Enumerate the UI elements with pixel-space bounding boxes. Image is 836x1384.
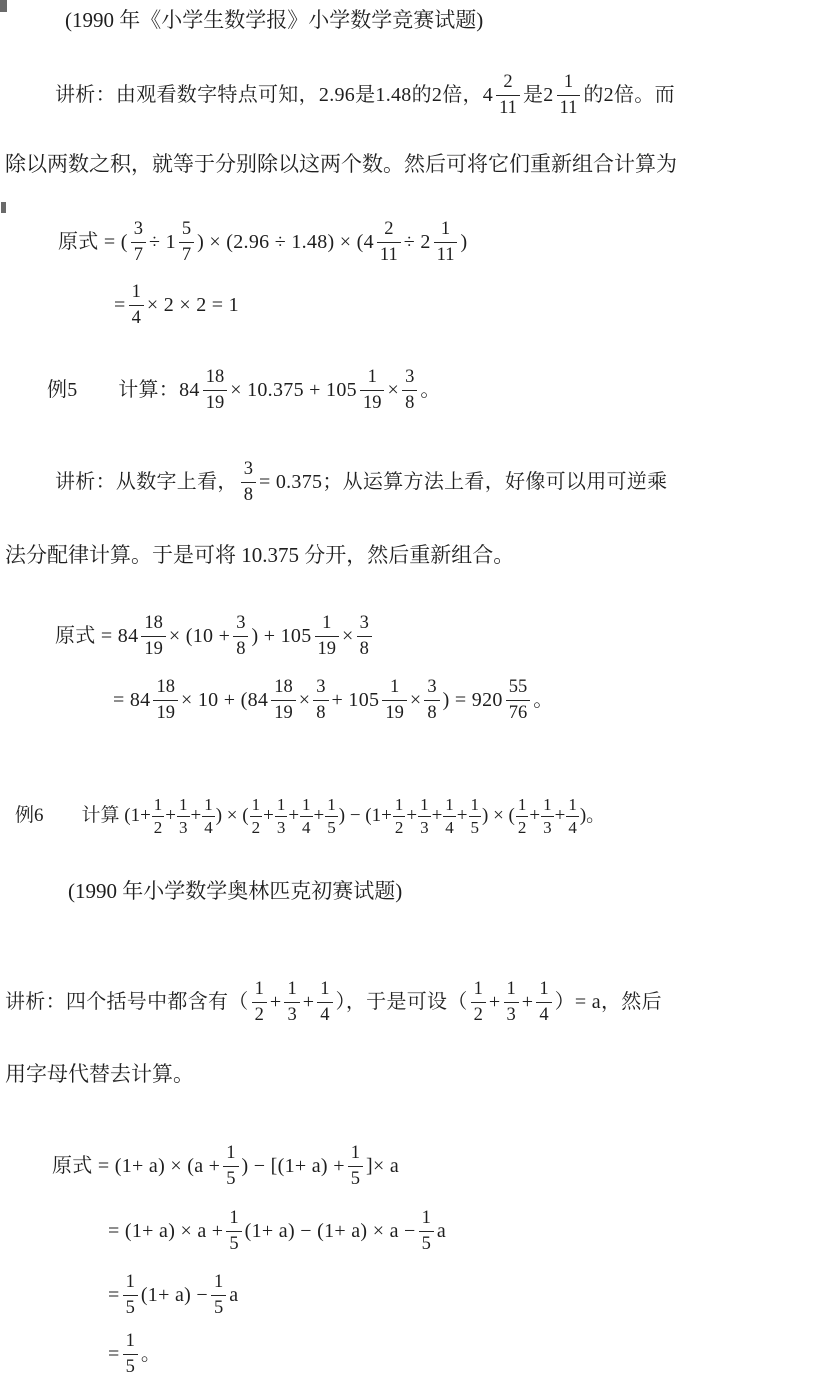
text-run: × 10.375 + 105 (230, 379, 357, 402)
text-run: ）= a，然后 (555, 991, 662, 1014)
text-run: × (299, 689, 311, 712)
scan-artifact-corner (0, 0, 7, 12)
fraction: 15 (123, 1270, 138, 1320)
text-run: + (165, 805, 176, 827)
text-run: 原式 = 84 (55, 625, 138, 648)
example5-analysis-line2: 法分配律计算。于是可将 10.375 分开，然后重新组合。 (5, 543, 514, 567)
fraction-denominator: 2 (471, 1002, 486, 1027)
text-run: 讲析：四个括号中都含有（ (5, 991, 249, 1014)
fraction-numerator: 1 (129, 280, 144, 304)
fraction: 15 (348, 1141, 363, 1191)
fraction: 14 (202, 794, 215, 839)
fraction-numerator: 1 (418, 794, 431, 816)
fraction-denominator: 8 (313, 700, 328, 725)
example5-problem: 例5 计算：841819× 10.375 + 105119×38。 (47, 362, 441, 418)
fraction: 15 (419, 1206, 434, 1256)
text-run: 。 (141, 1343, 161, 1366)
fraction: 5576 (506, 675, 531, 725)
fraction: 15 (211, 1270, 226, 1320)
fraction: 1819 (271, 675, 296, 725)
text-run: × (387, 379, 399, 402)
fraction-denominator: 8 (424, 700, 439, 725)
fraction: 38 (424, 675, 439, 725)
text-run: × 2 × 2 = 1 (147, 294, 239, 317)
fraction-denominator: 5 (123, 1354, 138, 1379)
text-run: 例6 计算 (1+ (15, 805, 151, 827)
fraction: 211 (377, 217, 401, 267)
text-run: 的2倍。而 (583, 84, 675, 107)
text-run: + (263, 805, 274, 827)
text-run: ) − [(1+ a) + (242, 1155, 345, 1178)
fraction-denominator: 11 (377, 242, 401, 267)
fraction-denominator: 11 (434, 242, 458, 267)
fraction-denominator: 7 (179, 242, 194, 267)
text-run: + (270, 991, 282, 1014)
fraction: 13 (284, 977, 299, 1027)
fraction-denominator: 5 (226, 1231, 241, 1256)
text-run: 是2 (523, 84, 554, 107)
text-run: + (191, 805, 202, 827)
fraction: 15 (325, 794, 338, 839)
text-run: ) = 920 (443, 689, 503, 712)
fraction: 119 (382, 675, 407, 725)
fraction-denominator: 5 (325, 816, 338, 839)
fraction: 37 (131, 217, 146, 267)
fraction-denominator: 7 (131, 242, 146, 267)
fraction: 119 (315, 611, 340, 661)
text-run: ），于是可设（ (336, 991, 468, 1014)
fraction-numerator: 1 (211, 1270, 226, 1294)
fraction-numerator: 3 (424, 675, 439, 699)
fraction-denominator: 2 (516, 816, 529, 839)
fraction-numerator: 1 (561, 70, 576, 94)
fraction-numerator: 1 (387, 675, 402, 699)
fraction-denominator: 3 (275, 816, 288, 839)
fraction: 14 (566, 794, 579, 839)
fraction: 14 (536, 977, 551, 1027)
fraction-denominator: 2 (250, 816, 263, 839)
text-run: 例5 计算：84 (47, 379, 200, 402)
fraction-numerator: 1 (419, 1206, 434, 1230)
fraction-numerator: 1 (536, 977, 551, 1001)
fraction-numerator: 1 (300, 794, 313, 816)
text-run: a (437, 1220, 446, 1243)
fraction: 15 (223, 1141, 238, 1191)
fraction-numerator: 1 (284, 977, 299, 1001)
text-run: 原式 = (1+ a) × (a + (52, 1155, 220, 1178)
text-run: + (314, 805, 325, 827)
fraction-numerator: 18 (153, 675, 178, 699)
fraction-numerator: 1 (471, 977, 486, 1001)
fraction-numerator: 1 (250, 794, 263, 816)
fraction-numerator: 1 (348, 1141, 363, 1165)
fraction: 15 (226, 1206, 241, 1256)
fraction-numerator: 2 (500, 70, 515, 94)
fraction: 14 (443, 794, 456, 839)
fraction-numerator: 1 (223, 1141, 238, 1165)
text-run: ) + 105 (251, 625, 311, 648)
text-run: ) (460, 231, 467, 254)
fraction: 119 (360, 365, 385, 415)
fraction-numerator: 1 (469, 794, 482, 816)
fraction-numerator: 1 (177, 794, 190, 816)
example6-analysis-line1: 讲析：四个括号中都含有（12+13+14），于是可设（12+13+14）= a，… (5, 974, 662, 1030)
fraction-denominator: 3 (284, 1002, 299, 1027)
fraction-numerator: 1 (275, 794, 288, 816)
fraction-numerator: 3 (313, 675, 328, 699)
text-run: × (10 + (169, 625, 230, 648)
fraction-denominator: 4 (317, 1002, 332, 1027)
fraction: 57 (179, 217, 194, 267)
fraction-numerator: 1 (541, 794, 554, 816)
text-run: = (1+ a) × a + (108, 1220, 223, 1243)
fraction-numerator: 1 (438, 217, 453, 241)
example6-solution-step3: =15(1+ a) −15a (108, 1267, 238, 1323)
fraction: 13 (541, 794, 554, 839)
example6-solution-step2: = (1+ a) × a +15(1+ a) − (1+ a) × a −15a (108, 1203, 446, 1259)
text-run: ) − (1+ (339, 805, 392, 827)
fraction-denominator: 2 (152, 816, 165, 839)
fraction-numerator: 1 (516, 794, 529, 816)
fraction-denominator: 2 (393, 816, 406, 839)
fraction-numerator: 1 (317, 977, 332, 1001)
fraction-denominator: 4 (443, 816, 456, 839)
example4-source-note: (1990 年《小学生数学报》小学数学竞赛试题) (65, 8, 483, 32)
fraction: 13 (177, 794, 190, 839)
fraction-denominator: 5 (348, 1166, 363, 1191)
fraction-denominator: 5 (123, 1295, 138, 1320)
fraction-denominator: 19 (382, 700, 407, 725)
text-run: + 105 (332, 689, 380, 712)
example5-analysis-line1: 讲析：从数字上看，38= 0.375；从运算方法上看，好像可以用可逆乘 (55, 454, 667, 510)
fraction-numerator: 3 (357, 611, 372, 635)
fraction: 12 (250, 794, 263, 839)
fraction-numerator: 1 (504, 977, 519, 1001)
text-run: ÷ 2 (404, 231, 431, 254)
example5-solution-step1: 原式 = 841819× (10 +38) + 105119×38 (55, 608, 375, 664)
text-run: = (108, 1343, 120, 1366)
fraction-numerator: 1 (123, 1270, 138, 1294)
fraction-denominator: 4 (566, 816, 579, 839)
fraction-numerator: 1 (566, 794, 579, 816)
fraction: 1819 (141, 611, 166, 661)
fraction: 12 (252, 977, 267, 1027)
text-run: 讲析：由观看数字特点可知，2.96是1.48的2倍，4 (55, 84, 493, 107)
fraction-numerator: 18 (271, 675, 296, 699)
text-run: 。 (420, 379, 440, 402)
text-run: ]× a (366, 1155, 399, 1178)
text-run: + (555, 805, 566, 827)
scan-artifact-edge (1, 202, 6, 213)
fraction: 38 (241, 457, 256, 507)
fraction: 14 (300, 794, 313, 839)
fraction-numerator: 1 (252, 977, 267, 1001)
fraction-denominator: 76 (506, 700, 531, 725)
example4-analysis-line1: 讲析：由观看数字特点可知，2.96是1.48的2倍，4211是2111的2倍。而 (55, 66, 675, 124)
fraction: 13 (418, 794, 431, 839)
text-run: = (108, 1284, 120, 1307)
example4-solution-step2: =14× 2 × 2 = 1 (114, 277, 239, 333)
example6-source-note: (1990 年小学数学奥林匹克初赛试题) (68, 879, 402, 903)
fraction-denominator: 4 (202, 816, 215, 839)
fraction-denominator: 5 (211, 1295, 226, 1320)
text-run: ) × (2.96 ÷ 1.48) × (4 (197, 231, 374, 254)
fraction-denominator: 19 (153, 700, 178, 725)
fraction-denominator: 19 (315, 636, 340, 661)
fraction-denominator: 5 (223, 1166, 238, 1191)
fraction-denominator: 19 (141, 636, 166, 661)
text-run: = (114, 294, 126, 317)
fraction: 38 (357, 611, 372, 661)
fraction: 14 (129, 280, 144, 330)
fraction-denominator: 8 (241, 482, 256, 507)
text-run: 。 (533, 689, 553, 712)
fraction-denominator: 3 (418, 816, 431, 839)
text-run: )。 (580, 805, 605, 827)
fraction-numerator: 2 (381, 217, 396, 241)
fraction-denominator: 3 (504, 1002, 519, 1027)
fraction-denominator: 11 (496, 95, 520, 120)
fraction-denominator: 8 (402, 390, 417, 415)
fraction-denominator: 19 (203, 390, 228, 415)
text-run: = 84 (113, 689, 150, 712)
text-run: 讲析：从数字上看， (55, 471, 238, 494)
text-run: + (303, 991, 315, 1014)
fraction-numerator: 1 (226, 1206, 241, 1230)
fraction: 38 (402, 365, 417, 415)
fraction-denominator: 5 (419, 1231, 434, 1256)
fraction-denominator: 19 (360, 390, 385, 415)
fraction-numerator: 1 (393, 794, 406, 816)
fraction-denominator: 3 (177, 816, 190, 839)
text-run: (1+ a) − (1+ a) × a − (245, 1220, 416, 1243)
fraction-numerator: 55 (506, 675, 531, 699)
example6-analysis-line2: 用字母代替去计算。 (5, 1062, 194, 1086)
text-run: + (522, 991, 534, 1014)
fraction-numerator: 3 (233, 611, 248, 635)
fraction-numerator: 1 (319, 611, 334, 635)
fraction: 38 (233, 611, 248, 661)
fraction: 15 (123, 1329, 138, 1379)
fraction-numerator: 5 (179, 217, 194, 241)
fraction: 38 (313, 675, 328, 725)
fraction: 111 (434, 217, 458, 267)
text-run: = 0.375；从运算方法上看，好像可以用可逆乘 (259, 471, 667, 494)
text-run: × (342, 625, 354, 648)
fraction-denominator: 4 (129, 305, 144, 330)
text-run: + (529, 805, 540, 827)
fraction: 111 (557, 70, 581, 120)
fraction-numerator: 3 (402, 365, 417, 389)
fraction-denominator: 8 (357, 636, 372, 661)
text-run: (1+ a) − (141, 1284, 208, 1307)
text-run: + (489, 991, 501, 1014)
example4-solution-step1: 原式 = (37÷ 157) × (2.96 ÷ 1.48) × (4211÷ … (58, 214, 467, 270)
fraction-numerator: 3 (131, 217, 146, 241)
text-run: + (432, 805, 443, 827)
fraction: 13 (504, 977, 519, 1027)
fraction-numerator: 1 (325, 794, 338, 816)
fraction-numerator: 1 (123, 1329, 138, 1353)
fraction-denominator: 19 (271, 700, 296, 725)
example5-solution-step2: = 841819× 10 + (841819×38+ 105119×38) = … (113, 672, 554, 728)
fraction-denominator: 2 (252, 1002, 267, 1027)
fraction-numerator: 18 (141, 611, 166, 635)
fraction-denominator: 8 (233, 636, 248, 661)
fraction: 1819 (153, 675, 178, 725)
fraction: 12 (516, 794, 529, 839)
text-run: + (406, 805, 417, 827)
text-run: a (229, 1284, 238, 1307)
example6-problem: 例6 计算 (1+12+13+14) × (12+13+14+15) − (1+… (15, 790, 605, 842)
text-run: 原式 = ( (58, 231, 128, 254)
fraction-denominator: 11 (557, 95, 581, 120)
fraction: 12 (152, 794, 165, 839)
fraction-numerator: 3 (241, 457, 256, 481)
fraction-numerator: 1 (443, 794, 456, 816)
text-run: + (288, 805, 299, 827)
text-run: + (457, 805, 468, 827)
fraction: 12 (393, 794, 406, 839)
text-run: ÷ 1 (149, 231, 176, 254)
text-run: ) × ( (216, 805, 249, 827)
fraction: 12 (471, 977, 486, 1027)
fraction-numerator: 18 (203, 365, 228, 389)
fraction-denominator: 3 (541, 816, 554, 839)
text-run: × (410, 689, 422, 712)
fraction: 13 (275, 794, 288, 839)
fraction: 14 (317, 977, 332, 1027)
fraction-numerator: 1 (152, 794, 165, 816)
text-run: ) × ( (482, 805, 515, 827)
fraction: 15 (469, 794, 482, 839)
fraction: 211 (496, 70, 520, 120)
fraction-numerator: 1 (202, 794, 215, 816)
fraction-denominator: 4 (300, 816, 313, 839)
fraction: 1819 (203, 365, 228, 415)
example6-solution-step1: 原式 = (1+ a) × (a +15) − [(1+ a) +15]× a (52, 1138, 399, 1194)
text-run: × 10 + (84 (181, 689, 268, 712)
example6-solution-step4: =15。 (108, 1326, 161, 1382)
fraction-denominator: 5 (469, 816, 482, 839)
fraction-denominator: 4 (536, 1002, 551, 1027)
fraction-numerator: 1 (365, 365, 380, 389)
example4-analysis-line2: 除以两数之积，就等于分别除以这两个数。然后可将它们重新组合计算为 (5, 152, 677, 176)
document-page: (1990 年《小学生数学报》小学数学竞赛试题) 讲析：由观看数字特点可知，2.… (0, 0, 836, 1384)
